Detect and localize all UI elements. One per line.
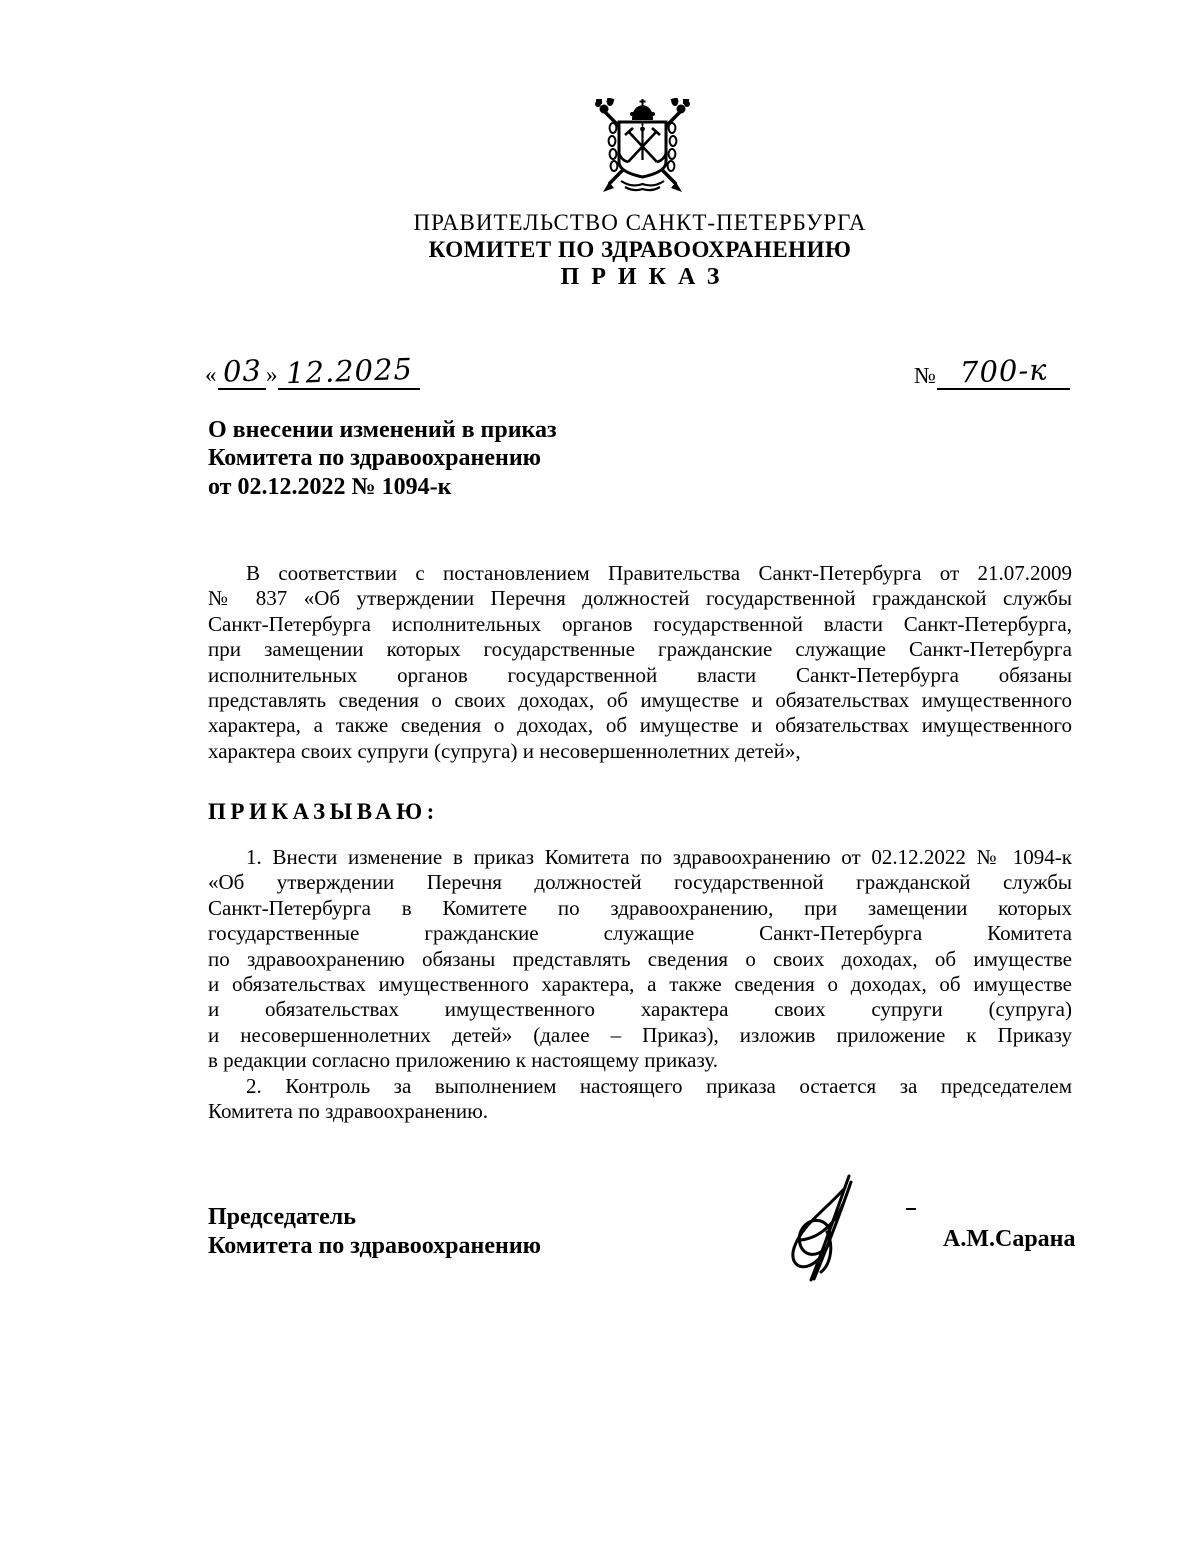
document-subject: О внесении изменений в приказКомитета по… [208, 417, 828, 502]
text-line: «Об утверждении Перечня должностей госуд… [208, 870, 1072, 895]
text-line: характера своих супруги (супруга) и несо… [208, 739, 1072, 764]
text-line: от 02.12.2022 № 1094-к [208, 474, 828, 502]
text-line: государственные гражданские служащие Сан… [208, 921, 1072, 946]
text-line: и несовершеннолетних детей» (далее – При… [208, 1023, 1072, 1048]
header-doc-type: ПРИКАЗ [208, 264, 1072, 291]
signatory-title-line-1: Председатель [208, 1203, 541, 1232]
scanned-order-document: ПРАВИТЕЛЬСТВО САНКТ-ПЕТЕРБУРГА КОМИТЕТ П… [0, 0, 1200, 1553]
text-line: и обязательствах имущественного характер… [208, 997, 1072, 1022]
header-committee-name: КОМИТЕТ ПО ЗДРАВООХРАНЕНИЮ [208, 237, 1072, 263]
text-line: Санкт-Петербурга в Комитете по здравоохр… [208, 896, 1072, 921]
order-item-1: 1. Внести изменение в приказ Комитета по… [208, 845, 1072, 1074]
text-line: по здравоохранению обязаны представлять … [208, 947, 1072, 972]
date-opening-quote: « [205, 362, 217, 388]
text-line: при замещении которых государственные гр… [208, 637, 1072, 662]
text-line: Санкт-Петербурга исполнительных органов … [208, 612, 1072, 637]
intro-paragraph: В соответствии с постановлением Правител… [208, 561, 1072, 764]
order-keyword: ПРИКАЗЫВАЮ: [208, 799, 439, 825]
text-line: представлять сведения о своих доходах, о… [208, 688, 1072, 713]
date-month-year-field: 12.2025 [278, 356, 420, 390]
handwritten-month-year: 12.2025 [285, 354, 413, 388]
text-line: 2. Контроль за выполнением настоящего пр… [208, 1074, 1072, 1099]
ink-dash-mark [906, 1208, 916, 1210]
text-line: характера, а также сведения о доходах, о… [208, 713, 1072, 738]
signatory-title-line-2: Комитета по здравоохранению [208, 1232, 541, 1261]
signatory-name: А.М.Сарана [943, 1226, 1076, 1253]
text-line: № 837 «Об утверждении Перечня должностей… [208, 586, 1072, 611]
handwritten-number: 700-к [959, 354, 1047, 387]
order-items: 1. Внести изменение в приказ Комитета по… [208, 845, 1072, 1124]
text-line: в редакции согласно приложению к настоящ… [208, 1048, 1072, 1073]
text-line: В соответствии с постановлением Правител… [208, 561, 1072, 586]
saint-petersburg-coat-of-arms-icon [590, 98, 695, 198]
number-label: № [914, 363, 936, 389]
signatory-title: Председатель Комитета по здравоохранению [208, 1203, 541, 1260]
date-day-field: 03 [218, 356, 266, 390]
text-line: О внесении изменений в приказ [208, 417, 828, 445]
order-item-2: 2. Контроль за выполнением настоящего пр… [208, 1074, 1072, 1125]
text-line: исполнительных органов государственной в… [208, 663, 1072, 688]
date-closing-quote: » [266, 362, 278, 388]
text-line: и обязательствах имущественного характер… [208, 972, 1072, 997]
text-line: Комитета по здравоохранению [208, 445, 828, 473]
header-government-name: ПРАВИТЕЛЬСТВО САНКТ-ПЕТЕРБУРГА [208, 210, 1072, 236]
text-line: 1. Внести изменение в приказ Комитета по… [208, 845, 1072, 870]
number-field: 700-к [937, 356, 1070, 390]
paragraph-text: В соответствии с постановлением Правител… [208, 561, 1072, 764]
handwritten-signature-icon [783, 1168, 883, 1283]
handwritten-day: 03 [222, 355, 262, 386]
text-line: Комитета по здравоохранению. [208, 1099, 1072, 1124]
